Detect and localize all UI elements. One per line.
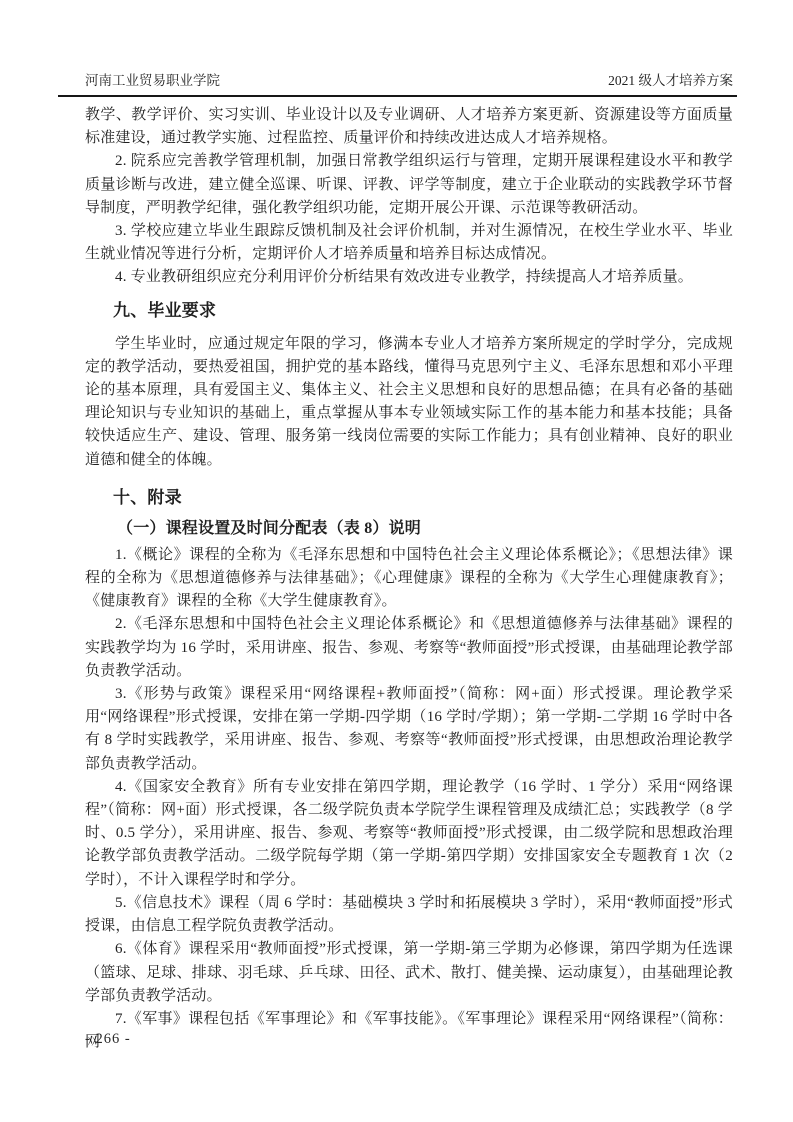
paragraph: 教学、教学评价、实习实训、毕业设计以及专业调研、人才培养方案更新、资源建设等方面… <box>85 104 733 150</box>
paragraph: 4. 专业教研组织应充分利用评价分析结果有效改进专业教学，持续提高人才培养质量。 <box>85 266 733 289</box>
appendix-note: 3.《形势与政策》课程采用“网络课程+教师面授”（简称：网+面）形式授课。理论教… <box>85 683 733 776</box>
section-heading-graduation-requirements: 九、毕业要求 <box>85 300 733 322</box>
header-divider <box>58 95 737 97</box>
header-school-name: 河南工业贸易职业学院 <box>85 72 220 89</box>
appendix-note: 5.《信息技术》课程（周 6 学时：基础模块 3 学时和拓展模块 3 学时），采… <box>85 892 733 938</box>
appendix-note: 7.《军事》课程包括《军事理论》和《军事技能》。《军事理论》课程采用“网络课程”… <box>85 1008 733 1054</box>
paragraph: 学生毕业时，应通过规定年限的学习，修满本专业人才培养方案所规定的学时学分，完成规… <box>85 333 733 472</box>
paragraph: 2. 院系应完善教学管理机制，加强日常教学组织运行与管理，定期开展课程建设水平和… <box>85 150 733 220</box>
appendix-note: 4.《国家安全教育》所有专业安排在第四学期，理论教学（16 学时、1 学分）采用… <box>85 776 733 892</box>
page-content: 河南工业贸易职业学院 2021 级人才培养方案 教学、教学评价、实习实训、毕业设… <box>0 0 793 1054</box>
appendix-note: 2.《毛泽东思想和中国特色社会主义理论体系概论》和《思想道德修养与法律基础》课程… <box>85 613 733 683</box>
page-number: - 266 - <box>85 1031 131 1048</box>
header-row: 河南工业贸易职业学院 2021 级人才培养方案 <box>85 72 733 95</box>
subsection-heading-course-schedule-notes: （一）课程设置及时间分配表（表 8）说明 <box>85 518 733 540</box>
document-body: 教学、教学评价、实习实训、毕业设计以及专业调研、人才培养方案更新、资源建设等方面… <box>85 104 733 1054</box>
document-page: 河南工业贸易职业学院 2021 级人才培养方案 教学、教学评价、实习实训、毕业设… <box>0 0 793 1122</box>
page-header: 河南工业贸易职业学院 2021 级人才培养方案 <box>85 72 733 97</box>
header-plan-title: 2021 级人才培养方案 <box>608 72 733 89</box>
appendix-note: 6.《体育》课程采用“教师面授”形式授课，第一学期-第三学期为必修课，第四学期为… <box>85 938 733 1008</box>
section-heading-appendix: 十、附录 <box>85 487 733 509</box>
paragraph: 3. 学校应建立毕业生跟踪反馈机制及社会评价机制，并对生源情况，在校生学业水平、… <box>85 220 733 266</box>
appendix-note: 1.《概论》课程的全称为《毛泽东思想和中国特色社会主义理论体系概论》；《思想法律… <box>85 544 733 614</box>
